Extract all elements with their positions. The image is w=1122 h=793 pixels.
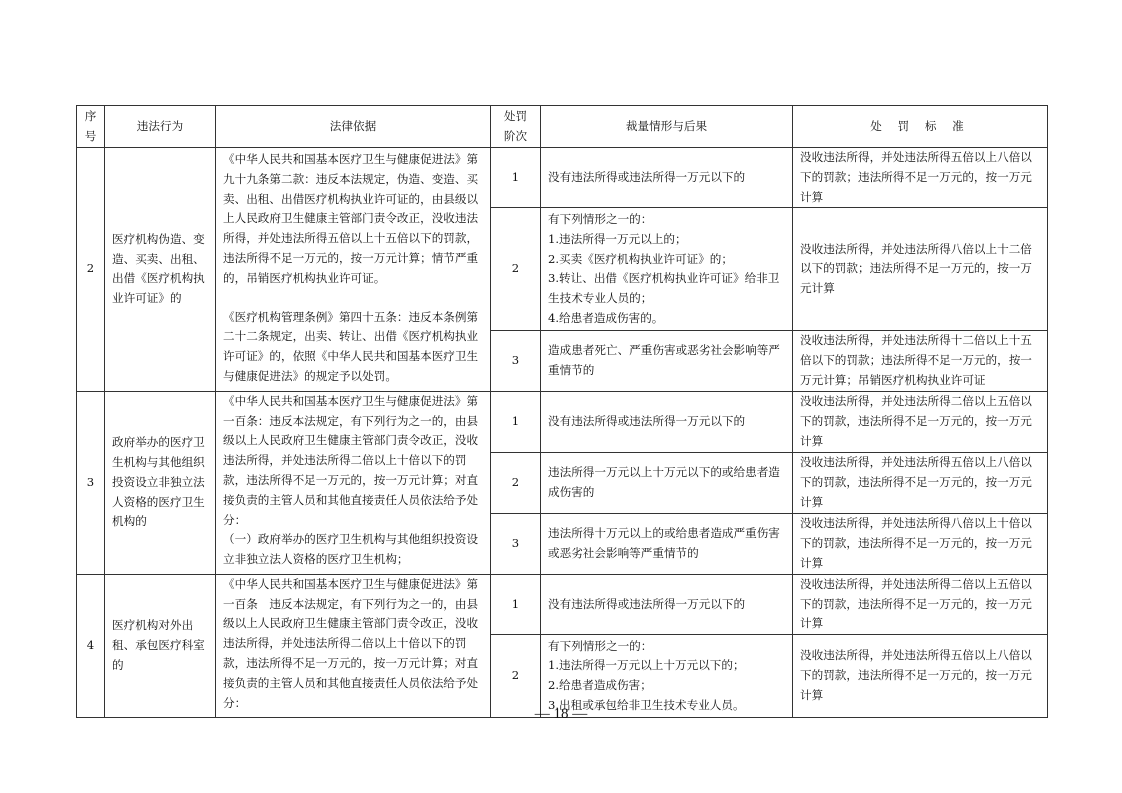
level-cell: 2 xyxy=(491,452,541,513)
circumstance-cell: 造成患者死亡、严重伤害或恶劣社会影响等严重情节的 xyxy=(541,331,793,391)
level-cell: 1 xyxy=(491,148,541,208)
header-behavior: 违法行为 xyxy=(105,106,216,148)
level-cell: 3 xyxy=(491,513,541,574)
behavior-cell: 医疗机构对外出租、承包医疗科室的 xyxy=(105,574,216,717)
behavior-cell: 政府举办的医疗卫生机构与其他组织投资设立非独立法人资格的医疗卫生机构的 xyxy=(105,391,216,574)
table-row: 3 政府举办的医疗卫生机构与其他组织投资设立非独立法人资格的医疗卫生机构的 《中… xyxy=(77,391,1048,452)
circumstance-cell: 没有违法所得或违法所得一万元以下的 xyxy=(541,574,793,634)
circumstance-cell: 违法所得十万元以上的或给患者造成严重伤害或恶劣社会影响等严重情节的 xyxy=(541,513,793,574)
seq-cell: 2 xyxy=(77,148,105,392)
header-seq: 序号 xyxy=(77,106,105,148)
circumstance-line: 2.给患者造成伤害； xyxy=(548,676,785,696)
standard-cell: 没收违法所得，并处违法所得八倍以上十倍以下的罚款，违法所得不足一万元的，按一万元… xyxy=(793,513,1048,574)
legal-basis-cell: 《中华人民共和国基本医疗卫生与健康促进法》第一百条：违反本法规定，有下列行为之一… xyxy=(216,391,491,574)
legal-basis-cell: 《中华人民共和国基本医疗卫生与健康促进法》第九十九条第二款：违反本法规定，伪造、… xyxy=(216,148,491,392)
level-cell: 2 xyxy=(491,208,541,331)
circumstance-cell: 没有违法所得或违法所得一万元以下的 xyxy=(541,391,793,452)
table-row: 4 医疗机构对外出租、承包医疗科室的 《中华人民共和国基本医疗卫生与健康促进法》… xyxy=(77,574,1048,634)
standard-cell: 没收违法所得，并处违法所得二倍以上五倍以下的罚款，违法所得不足一万元的，按一万元… xyxy=(793,391,1048,452)
circumstance-line: 4.给患者造成伤害的。 xyxy=(548,309,785,329)
header-legal-basis: 法律依据 xyxy=(216,106,491,148)
header-circumstance: 裁量情形与后果 xyxy=(541,106,793,148)
standard-cell: 没收违法所得，并处违法所得五倍以上八倍以下的罚款，违法所得不足一万元的，按一万元… xyxy=(793,452,1048,513)
legal-basis-paragraph: 《中华人民共和国基本医疗卫生与健康促进法》第一百条 违反本法规定，有下列行为之一… xyxy=(223,575,483,714)
circumstance-cell: 违法所得一万元以上十万元以下的或给患者造成伤害的 xyxy=(541,452,793,513)
circumstance-line: 1.违法所得一万元以上的； xyxy=(548,230,785,250)
table-header-row: 序号 违法行为 法律依据 处罚阶次 裁量情形与后果 处 罚 标 准 xyxy=(77,106,1048,148)
level-cell: 1 xyxy=(491,391,541,452)
standard-cell: 没收违法所得，并处违法所得八倍以上十二倍以下的罚款；违法所得不足一万元的，按一万… xyxy=(793,208,1048,331)
circumstance-line: 有下列情形之一的： xyxy=(548,637,785,657)
circumstance-line: 有下列情形之一的： xyxy=(548,210,785,230)
circumstance-cell: 没有违法所得或违法所得一万元以下的 xyxy=(541,148,793,208)
legal-basis-paragraph: （一）政府举办的医疗卫生机构与其他组织投资设立非独立法人资格的医疗卫生机构； xyxy=(223,530,483,570)
table-row: 2 医疗机构伪造、变造、买卖、出租、出借《医疗机构执业许可证》的 《中华人民共和… xyxy=(77,148,1048,208)
behavior-cell: 医疗机构伪造、变造、买卖、出租、出借《医疗机构执业许可证》的 xyxy=(105,148,216,392)
page-number: — 18 — xyxy=(0,706,1122,723)
circumstance-cell: 有下列情形之一的： 1.违法所得一万元以上的； 2.买卖《医疗机构执业许可证》的… xyxy=(541,208,793,331)
legal-basis-paragraph: 《中华人民共和国基本医疗卫生与健康促进法》第九十九条第二款：违反本法规定，伪造、… xyxy=(223,150,483,289)
circumstance-line: 3.转让、出借《医疗机构执业许可证》给非卫生技术专业人员的； xyxy=(548,269,785,309)
seq-cell: 3 xyxy=(77,391,105,574)
seq-cell: 4 xyxy=(77,574,105,717)
standard-cell: 没收违法所得，并处违法所得五倍以上八倍以下的罚款；违法所得不足一万元的，按一万元… xyxy=(793,148,1048,208)
header-standard: 处 罚 标 准 xyxy=(793,106,1048,148)
legal-basis-cell: 《中华人民共和国基本医疗卫生与健康促进法》第一百条 违反本法规定，有下列行为之一… xyxy=(216,574,491,717)
circumstance-line: 2.买卖《医疗机构执业许可证》的； xyxy=(548,250,785,270)
legal-basis-paragraph: 《中华人民共和国基本医疗卫生与健康促进法》第一百条：违反本法规定，有下列行为之一… xyxy=(223,392,483,531)
standard-cell: 没收违法所得，并处违法所得十二倍以上十五倍以下的罚款；违法所得不足一万元的，按一… xyxy=(793,331,1048,391)
header-level: 处罚阶次 xyxy=(491,106,541,148)
level-cell: 3 xyxy=(491,331,541,391)
circumstance-line: 1.违法所得一万元以上十万元以下的； xyxy=(548,656,785,676)
level-cell: 1 xyxy=(491,574,541,634)
legal-basis-paragraph: 《医疗机构管理条例》第四十五条：违反本条例第二十二条规定，出卖、转让、出借《医疗… xyxy=(223,308,483,387)
penalty-table: 序号 违法行为 法律依据 处罚阶次 裁量情形与后果 处 罚 标 准 2 医疗机构… xyxy=(76,105,1048,718)
standard-cell: 没收违法所得，并处违法所得二倍以上五倍以下的罚款，违法所得不足一万元的，按一万元… xyxy=(793,574,1048,634)
